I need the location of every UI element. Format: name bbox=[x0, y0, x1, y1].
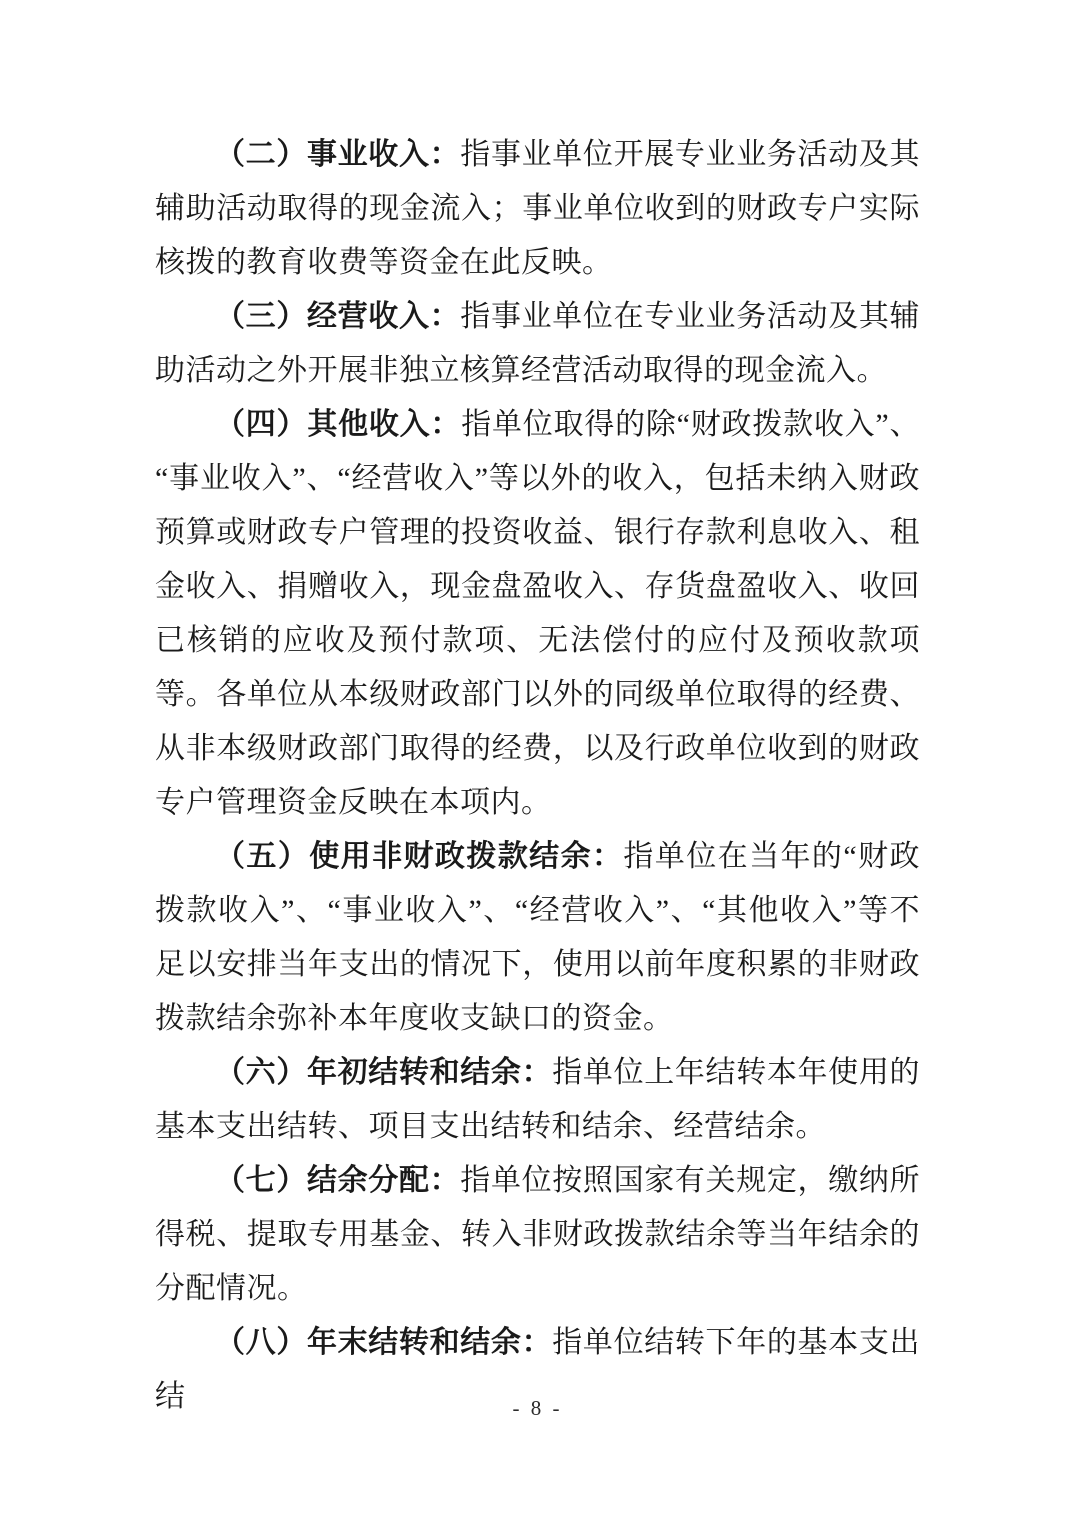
paragraph-heading: （七）结余分配： bbox=[215, 1164, 460, 1197]
paragraph-heading: （四）其他收入： bbox=[215, 408, 461, 441]
paragraph-heading: （六）年初结转和结余： bbox=[215, 1056, 552, 1089]
paragraph-business-income: （二）事业收入：指事业单位开展专业业务活动及其辅助活动取得的现金流入；事业单位收… bbox=[155, 128, 920, 290]
paragraph-heading: （五）使用非财政拨款结余： bbox=[215, 840, 623, 873]
paragraph-other-income: （四）其他收入：指单位取得的除“财政拨款收入”、“事业收入”、“经营收入”等以外… bbox=[155, 398, 920, 830]
paragraph-beginning-year-carryover: （六）年初结转和结余：指单位上年结转本年使用的基本支出结转、项目支出结转和结余、… bbox=[155, 1046, 920, 1154]
document-page: （二）事业收入：指事业单位开展专业业务活动及其辅助活动取得的现金流入；事业单位收… bbox=[0, 0, 1075, 1520]
paragraph-operating-income: （三）经营收入：指事业单位在专业业务活动及其辅助活动之外开展非独立核算经营活动取… bbox=[155, 290, 920, 398]
paragraph-text: 指单位取得的除“财政拨款收入”、“事业收入”、“经营收入”等以外的收入，包括未纳… bbox=[155, 408, 920, 819]
paragraph-heading: （八）年末结转和结余： bbox=[215, 1326, 552, 1359]
paragraph-heading: （二）事业收入： bbox=[215, 138, 460, 171]
paragraph-surplus-distribution: （七）结余分配：指单位按照国家有关规定，缴纳所得税、提取专用基金、转入非财政拨款… bbox=[155, 1154, 920, 1316]
document-body: （二）事业收入：指事业单位开展专业业务活动及其辅助活动取得的现金流入；事业单位收… bbox=[155, 128, 920, 1424]
paragraph-use-of-non-fiscal-surplus: （五）使用非财政拨款结余：指单位在当年的“财政拨款收入”、“事业收入”、“经营收… bbox=[155, 830, 920, 1046]
paragraph-heading: （三）经营收入： bbox=[215, 300, 460, 333]
page-number: - 8 - bbox=[0, 1396, 1075, 1421]
